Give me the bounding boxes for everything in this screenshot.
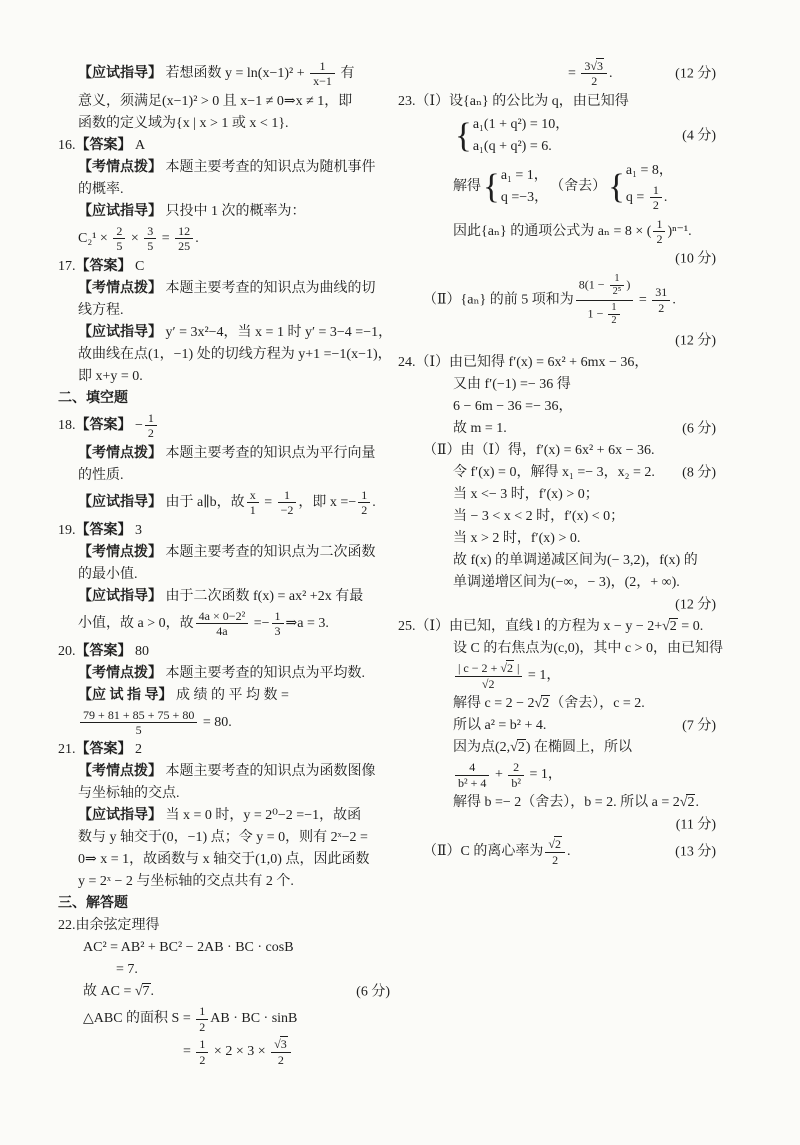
score-label: (12 分) bbox=[675, 594, 716, 615]
column-left: 【应试指导】 若想函数 y = ln(x−1)² + 1x−1 有意义，须满足(… bbox=[58, 58, 390, 1069]
text-line: 故曲线在点(1，−1) 处的切线方程为 y+1 =−1(x−1)， bbox=[58, 344, 390, 365]
text-line: 意义，须满足(x−1)² > 0 且 x−1 ≠ 0⇒x ≠ 1，即 bbox=[58, 91, 390, 112]
fraction: 3√32 bbox=[581, 59, 607, 89]
label-bold: 二、填空题 bbox=[58, 391, 128, 406]
text-line: 解得 b =− 2（舍去），b = 2. 所以 a = 2√2. bbox=[398, 792, 716, 813]
text-line: 【考情点拨】 本题主要考查的知识点为曲线的切 bbox=[58, 278, 390, 299]
text-line: 当 x > 2 时，f′(x) > 0. bbox=[398, 528, 716, 549]
text-line: 【应试指导】 由于二次函数 f(x) = ax² +2x 有最 bbox=[58, 586, 390, 607]
text-line: = 3√32.(12 分) bbox=[398, 58, 716, 90]
score-label: (13 分) bbox=[675, 842, 716, 863]
label-bold: 【答案】 bbox=[76, 138, 132, 153]
fraction: 2b² bbox=[508, 760, 524, 790]
fraction: 13 bbox=[272, 609, 284, 639]
fraction: 12 bbox=[196, 1037, 208, 1067]
section-heading: 二、填空题 bbox=[58, 388, 390, 409]
text-line: 0⇒ x = 1，故函数与 x 轴交于(1,0) 点，因此函数 bbox=[58, 849, 390, 870]
text-line: 因此{aₙ} 的通项公式为 aₙ = 8 × (12)ⁿ⁻¹. bbox=[398, 216, 716, 248]
text-line: 18.【答案】 −12 bbox=[58, 410, 390, 442]
text-line: 解得 c = 2 − 2√2（舍去），c = 2. bbox=[398, 693, 716, 714]
text-line: 令 f′(x) = 0，解得 x₁ =− 3，x₂ = 2.(8 分) bbox=[398, 462, 716, 483]
label-bold: 【应试指导】 bbox=[78, 808, 162, 823]
fraction: 4b² + 4 bbox=[455, 760, 489, 790]
score-label: (12 分) bbox=[675, 63, 716, 84]
text-line: C₂¹ × 25 × 35 = 1225. bbox=[58, 223, 390, 255]
text-line: 17.【答案】 C bbox=[58, 256, 390, 277]
label-bold: 【答案】 bbox=[76, 259, 132, 274]
text-line: 【考情点拨】 本题主要考查的知识点为平均数. bbox=[58, 663, 390, 684]
fraction: 12 bbox=[145, 411, 157, 441]
score-label: (12 分) bbox=[675, 330, 716, 351]
brace-system: {a₁(1 + q²) = 10，a₁(q + q²) = 6. bbox=[455, 114, 569, 157]
label-bold: 【考情点拨】 bbox=[78, 281, 162, 296]
text-line: 与坐标轴的交点. bbox=[58, 783, 390, 804]
text-line: （Ⅱ）由（Ⅰ）得，f′(x) = 6x² + 6x − 36. bbox=[398, 440, 716, 461]
text-line: 16.【答案】 A bbox=[58, 135, 390, 156]
text-line: 即 x+y = 0. bbox=[58, 366, 390, 387]
sqrt-radical: √7 bbox=[135, 983, 151, 999]
text-line: 所以 a² = b² + 4.(7 分) bbox=[398, 715, 716, 736]
text-line: 函数的定义域为{x | x > 1 或 x < 1}. bbox=[58, 113, 390, 134]
fraction: 1x−1 bbox=[310, 59, 335, 89]
text-line: 【应 试 指 导】 成 绩 的 平 均 数 = bbox=[58, 685, 390, 706]
sqrt-radical: √2 bbox=[680, 794, 696, 810]
score-label: (6 分) bbox=[682, 418, 716, 439]
score-label: (11 分) bbox=[676, 814, 716, 835]
text-line: 【应试指导】 只投中 1 次的概率为： bbox=[58, 201, 390, 222]
sqrt-radical: √2 bbox=[548, 836, 562, 851]
fraction: 12 bbox=[608, 302, 619, 328]
text-line: （Ⅱ）{aₙ} 的前 5 项和为8(1 − 12⁵)1 − 12 = 312. bbox=[398, 271, 716, 330]
text-line: 线方程. bbox=[58, 300, 390, 321]
text-line: 单调递增区间为(−∞，− 3)，(2，+ ∞). bbox=[398, 572, 716, 593]
text-line: 当 − 3 < x < 2 时，f′(x) < 0； bbox=[398, 506, 716, 527]
text-line: 【考情点拨】 本题主要考查的知识点为平行向量 bbox=[58, 443, 390, 464]
text-line: (12 分) bbox=[398, 594, 716, 615]
text-line: 因为点(2,√2) 在椭圆上，所以 bbox=[398, 737, 716, 758]
fraction: 12⁵ bbox=[610, 273, 625, 299]
brace-row: a₁ = 8， bbox=[626, 160, 673, 182]
text-line: 24.（Ⅰ）由已知得 f′(x) = 6x² + 6mx − 36， bbox=[398, 352, 716, 373]
sqrt-radical: √2 bbox=[500, 660, 514, 675]
text-line: 故 AC = √7.(6 分) bbox=[58, 981, 390, 1002]
text-line: 79 + 81 + 85 + 75 + 805 = 80. bbox=[58, 707, 390, 739]
brace-row: a₁(q + q²) = 6. bbox=[473, 136, 569, 158]
label-bold: 【考情点拨】 bbox=[78, 545, 162, 560]
text-line: 6 − 6m − 36 =− 36， bbox=[398, 396, 716, 417]
sqrt-radical: √2 bbox=[662, 618, 678, 634]
brace-row: a₁ = 1， bbox=[501, 165, 548, 187]
label-bold: 【考情点拨】 bbox=[78, 446, 162, 461]
fraction: 12 bbox=[358, 488, 370, 518]
fraction: 79 + 81 + 85 + 75 + 805 bbox=[80, 708, 197, 738]
text-line: 25.（Ⅰ）由已知，直线 l 的方程为 x − y − 2+√2 = 0. bbox=[398, 616, 716, 637]
text-line: AC² = AB² + BC² − 2AB · BC · cosB bbox=[58, 937, 390, 958]
label-bold: 【应试指导】 bbox=[78, 66, 162, 81]
label-bold: 【考情点拨】 bbox=[78, 666, 162, 681]
section-heading: 三、解答题 bbox=[58, 893, 390, 914]
score-label: (6 分) bbox=[356, 981, 390, 1002]
text-line: (10 分) bbox=[398, 249, 716, 270]
text-line: 故 f(x) 的单调递减区间为(− 3,2)，f(x) 的 bbox=[398, 550, 716, 571]
text-line: 22.由余弦定理得 bbox=[58, 915, 390, 936]
text-line: 【考情点拨】 本题主要考查的知识点为随机事件 bbox=[58, 157, 390, 178]
text-line: (11 分) bbox=[398, 814, 716, 835]
score-label: (8 分) bbox=[682, 462, 716, 483]
text-line: 当 x <− 3 时，f′(x) > 0； bbox=[398, 484, 716, 505]
label-bold: 【考情点拨】 bbox=[78, 764, 162, 779]
label-bold: 【应试指导】 bbox=[78, 325, 162, 340]
text-line: 设 C 的右焦点为(c,0)，其中 c > 0，由已知得 bbox=[398, 638, 716, 659]
text-line: 4b² + 4 + 2b² = 1， bbox=[398, 759, 716, 791]
text-line: 【应试指导】 y′ = 3x²−4，当 x = 1 时 y′ = 3−4 =−1… bbox=[58, 322, 390, 343]
label-bold: 【答案】 bbox=[76, 418, 132, 433]
text-line: 【考情点拨】 本题主要考查的知识点为函数图像 bbox=[58, 761, 390, 782]
score-label: (10 分) bbox=[675, 249, 716, 270]
label-bold: 【应 试 指 导】 bbox=[78, 688, 173, 703]
label-bold: 【应试指导】 bbox=[78, 589, 162, 604]
brace-row: q = 12. bbox=[626, 182, 673, 214]
brace-system: {a₁ = 8，q = 12. bbox=[608, 160, 673, 214]
text-line: 19.【答案】 3 bbox=[58, 520, 390, 541]
fraction: 312 bbox=[652, 285, 670, 315]
label-bold: 【应试指导】 bbox=[78, 495, 162, 510]
text-line: 【应试指导】 若想函数 y = ln(x−1)² + 1x−1 有 bbox=[58, 58, 390, 90]
sqrt-radical: √2 bbox=[535, 695, 551, 711]
label-bold: 【考情点拨】 bbox=[78, 160, 162, 175]
text-line: 【应试指导】 当 x = 0 时，y = 2⁰−2 =−1，故函 bbox=[58, 805, 390, 826]
text-line: △ABC 的面积 S = 12AB · BC · sinB bbox=[58, 1003, 390, 1035]
label-bold: 【答案】 bbox=[76, 523, 132, 538]
text-line: | c − 2 + √2 |√2 = 1， bbox=[398, 660, 716, 692]
fraction: 35 bbox=[144, 224, 156, 254]
text-line: 【应试指导】 由于 a∥b，故x1 = 1−2，即 x =−12. bbox=[58, 487, 390, 519]
text-line: = 12 × 2 × 3 × √32 bbox=[58, 1036, 390, 1068]
brace-system: {a₁ = 1，q =−3， bbox=[483, 165, 548, 208]
text-line: 21.【答案】 2 bbox=[58, 739, 390, 760]
fraction: 1−2 bbox=[278, 488, 297, 518]
text-line: 小值，故 a > 0，故4a × 0−2²4a =−13⇒a = 3. bbox=[58, 608, 390, 640]
label-bold: 【应试指导】 bbox=[78, 204, 162, 219]
fraction: 1225 bbox=[175, 224, 193, 254]
sqrt-radical: √3 bbox=[274, 1036, 288, 1051]
text-line: 故 m = 1.(6 分) bbox=[398, 418, 716, 439]
fraction: 12 bbox=[196, 1004, 208, 1034]
fraction: x1 bbox=[247, 488, 259, 518]
sqrt-radical: √2 bbox=[510, 739, 526, 755]
document-page: 【应试指导】 若想函数 y = ln(x−1)² + 1x−1 有意义，须满足(… bbox=[0, 0, 800, 1145]
score-label: (7 分) bbox=[682, 715, 716, 736]
fraction: √32 bbox=[271, 1037, 291, 1067]
text-line: （Ⅱ）C 的离心率为√22.(13 分) bbox=[398, 836, 716, 868]
label-bold: 三、解答题 bbox=[58, 896, 128, 911]
fraction: 12 bbox=[653, 217, 665, 247]
text-line: 的概率. bbox=[58, 179, 390, 200]
brace-row: q =−3， bbox=[501, 187, 548, 209]
fraction: √22 bbox=[545, 837, 565, 867]
brace-row: a₁(1 + q²) = 10， bbox=[473, 114, 569, 136]
answer-columns: 【应试指导】 若想函数 y = ln(x−1)² + 1x−1 有意义，须满足(… bbox=[58, 58, 716, 1069]
text-line: 的性质. bbox=[58, 465, 390, 486]
fraction: 25 bbox=[113, 224, 125, 254]
text-line: 20.【答案】 80 bbox=[58, 641, 390, 662]
label-bold: 【答案】 bbox=[76, 644, 132, 659]
text-line: 解得{a₁ = 1，q =−3，（舍去）{a₁ = 8，q = 12. bbox=[398, 159, 716, 215]
fraction: | c − 2 + √2 |√2 bbox=[455, 661, 522, 691]
text-line: = 7. bbox=[58, 959, 390, 980]
text-line: 数与 y 轴交于(0，−1) 点；令 y = 0，则有 2ˣ−2 = bbox=[58, 827, 390, 848]
fraction: 4a × 0−2²4a bbox=[196, 609, 249, 639]
text-line: 又由 f′(−1) =− 36 得 bbox=[398, 374, 716, 395]
text-line: 的最小值. bbox=[58, 564, 390, 585]
score-label: (4 分) bbox=[682, 125, 716, 146]
fraction: 8(1 − 12⁵)1 − 12 bbox=[576, 272, 634, 329]
fraction: 12 bbox=[650, 183, 662, 213]
text-line: y = 2ˣ − 2 与坐标轴的交点共有 2 个. bbox=[58, 871, 390, 892]
text-line: 【考情点拨】 本题主要考查的知识点为二次函数 bbox=[58, 542, 390, 563]
label-bold: 【答案】 bbox=[76, 742, 132, 757]
text-line: {a₁(1 + q²) = 10，a₁(q + q²) = 6.(4 分) bbox=[398, 113, 716, 158]
sqrt-radical: √3 bbox=[590, 58, 604, 73]
text-line: 23.（Ⅰ）设{aₙ} 的公比为 q，由已知得 bbox=[398, 91, 716, 112]
column-right: = 3√32.(12 分)23.（Ⅰ）设{aₙ} 的公比为 q，由已知得{a₁(… bbox=[398, 58, 716, 1069]
sqrt-radical: √2 bbox=[482, 676, 496, 691]
text-line: (12 分) bbox=[398, 330, 716, 351]
